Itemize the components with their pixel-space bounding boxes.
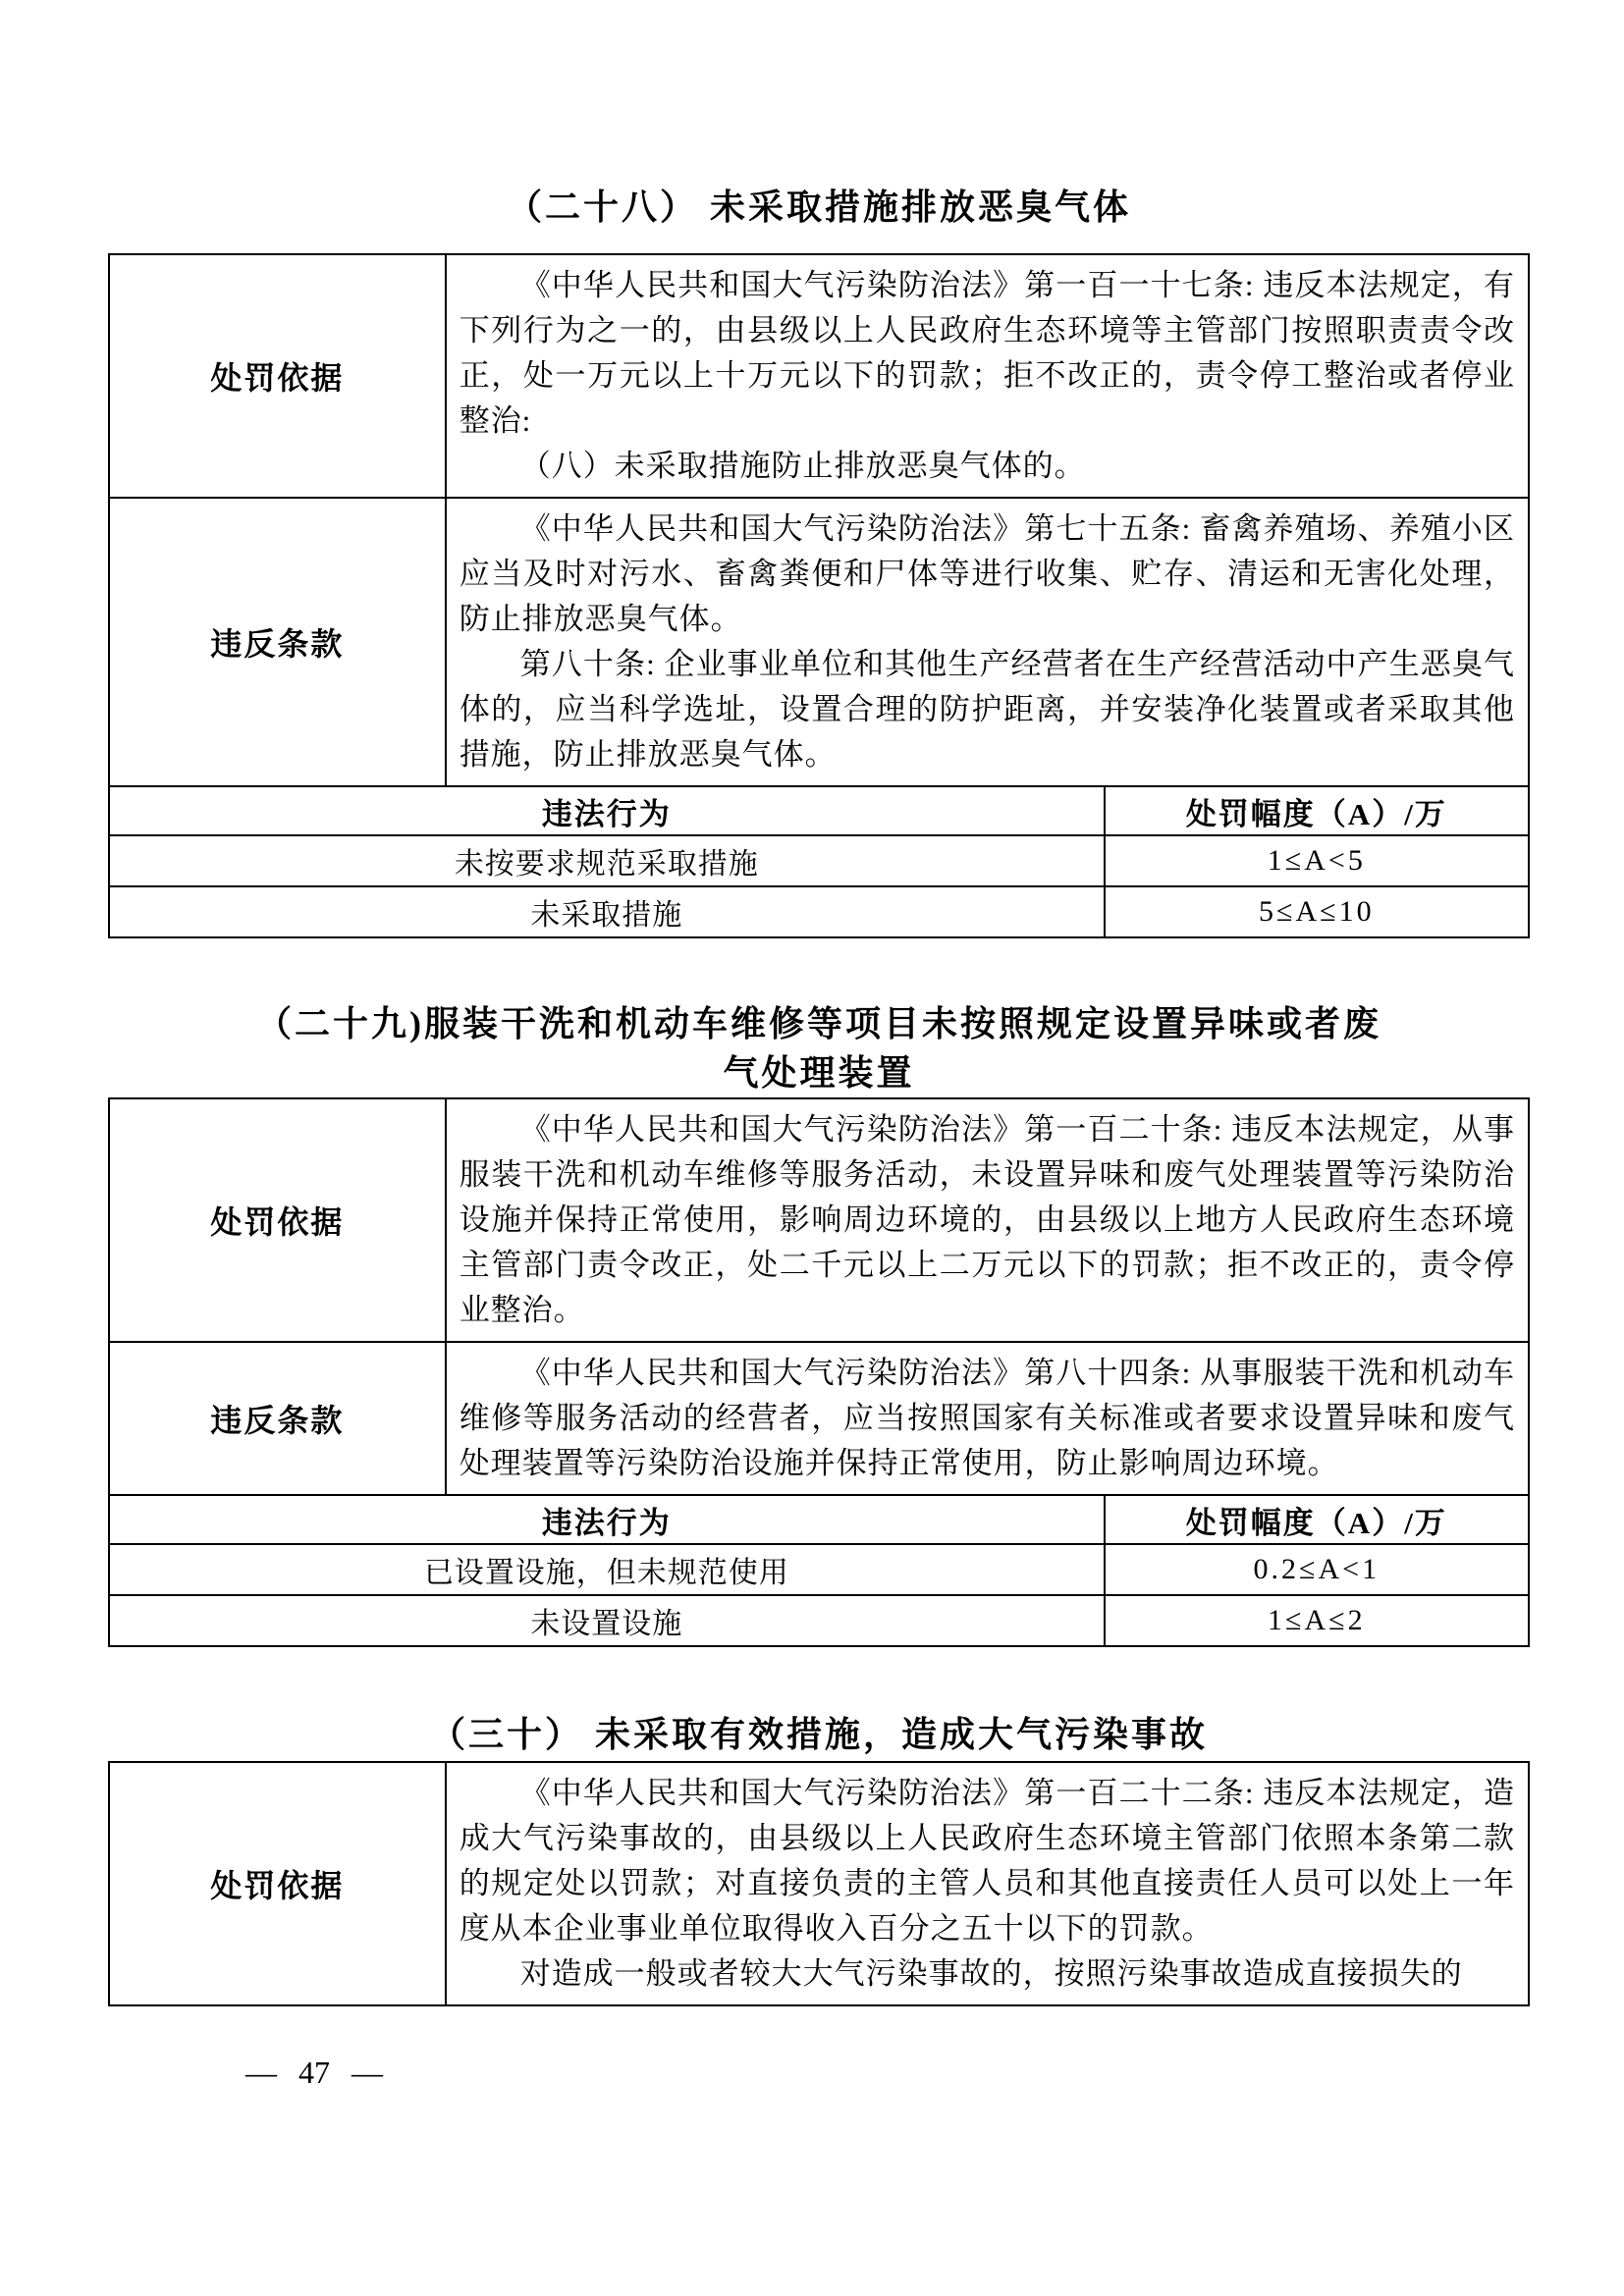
penalty-range-header: 处罚幅度（A）/万 [1105, 1495, 1529, 1544]
illegal-act-cell: 已设置设施，但未规范使用 [109, 1544, 1105, 1595]
section-29-table: 处罚依据 《中华人民共和国大气污染防治法》第一百二十条: 违反本法规定，从事服装… [108, 1097, 1530, 1647]
illegal-act-cell: 未采取措施 [109, 886, 1105, 937]
violated-clause-label: 违反条款 [109, 498, 446, 786]
penalty-range-cell: 5≤A≤10 [1105, 886, 1529, 937]
paragraph: 第八十条: 企业事业单位和其他生产经营者在生产经营活动中产生恶臭气体的，应当科学… [460, 642, 1515, 777]
section-29-title: （二十九)服装干洗和机动车维修等项目未按照规定设置异味或者废 气处理装置 [108, 999, 1530, 1097]
section-28-title: （二十八） 未采取措施排放恶臭气体 [108, 183, 1530, 232]
table-row: 已设置设施，但未规范使用 0.2≤A<1 [109, 1544, 1529, 1595]
sub-table-header: 违法行为 处罚幅度（A）/万 [109, 1495, 1529, 1544]
illegal-act-cell: 未设置设施 [109, 1595, 1105, 1646]
paragraph: 《中华人民共和国大气污染防治法》第七十五条: 畜禽养殖场、养殖小区应当及时对污水… [460, 507, 1515, 642]
table-row: 违反条款 《中华人民共和国大气污染防治法》第七十五条: 畜禽养殖场、养殖小区应当… [109, 498, 1529, 786]
penalty-range-cell: 1≤A≤2 [1105, 1595, 1529, 1646]
section-28-table: 处罚依据 《中华人民共和国大气污染防治法》第一百一十七条: 违反本法规定，有下列… [108, 253, 1530, 938]
table-row: 违反条款 《中华人民共和国大气污染防治法》第八十四条: 从事服装干洗和机动车维修… [109, 1342, 1529, 1495]
table-row: 未采取措施 5≤A≤10 [109, 886, 1529, 937]
section-30-title: （三十） 未采取有效措施，造成大气污染事故 [108, 1710, 1530, 1759]
paragraph: 《中华人民共和国大气污染防治法》第一百一十七条: 违反本法规定，有下列行为之一的… [460, 263, 1515, 444]
paragraph: 《中华人民共和国大气污染防治法》第八十四条: 从事服装干洗和机动车维修等服务活动… [460, 1351, 1515, 1486]
penalty-range-cell: 0.2≤A<1 [1105, 1544, 1529, 1595]
penalty-basis-text: 《中华人民共和国大气污染防治法》第一百二十二条: 违反本法规定，造成大气污染事故… [446, 1762, 1529, 2005]
illegal-act-header: 违法行为 [109, 1495, 1105, 1544]
paragraph: 《中华人民共和国大气污染防治法》第一百二十二条: 违反本法规定，造成大气污染事故… [460, 1771, 1515, 1951]
penalty-basis-text: 《中华人民共和国大气污染防治法》第一百二十条: 违反本法规定，从事服装干洗和机动… [446, 1098, 1529, 1342]
penalty-basis-label: 处罚依据 [109, 254, 446, 498]
page-content: （二十八） 未采取措施排放恶臭气体 处罚依据 《中华人民共和国大气污染防治法》第… [108, 0, 1530, 2097]
penalty-basis-label: 处罚依据 [109, 1098, 446, 1342]
footer-left-dash: — [245, 2048, 277, 2097]
violated-clause-text: 《中华人民共和国大气污染防治法》第七十五条: 畜禽养殖场、养殖小区应当及时对污水… [446, 498, 1529, 786]
table-row: 未按要求规范采取措施 1≤A<5 [109, 835, 1529, 886]
table-row: 处罚依据 《中华人民共和国大气污染防治法》第一百二十二条: 违反本法规定，造成大… [109, 1762, 1529, 2005]
section-30-table: 处罚依据 《中华人民共和国大气污染防治法》第一百二十二条: 违反本法规定，造成大… [108, 1761, 1530, 2006]
illegal-act-cell: 未按要求规范采取措施 [109, 835, 1105, 886]
page-footer: — 47 — [245, 2048, 383, 2097]
footer-right-dash: — [352, 2048, 383, 2097]
table-row: 处罚依据 《中华人民共和国大气污染防治法》第一百一十七条: 违反本法规定，有下列… [109, 254, 1529, 498]
penalty-range-header: 处罚幅度（A）/万 [1105, 786, 1529, 835]
penalty-range-cell: 1≤A<5 [1105, 835, 1529, 886]
paragraph: （八）未采取措施防止排放恶臭气体的。 [460, 444, 1515, 489]
penalty-basis-label: 处罚依据 [109, 1762, 446, 2005]
paragraph: 对造成一般或者较大大气污染事故的，按照污染事故造成直接损失的 [460, 1951, 1515, 1997]
document-page: （二十八） 未采取措施排放恶臭气体 处罚依据 《中华人民共和国大气污染防治法》第… [0, 0, 1624, 2296]
table-row: 未设置设施 1≤A≤2 [109, 1595, 1529, 1646]
penalty-basis-text: 《中华人民共和国大气污染防治法》第一百一十七条: 违反本法规定，有下列行为之一的… [446, 254, 1529, 498]
violated-clause-label: 违反条款 [109, 1342, 446, 1495]
page-number: 47 [298, 2048, 330, 2097]
table-row: 处罚依据 《中华人民共和国大气污染防治法》第一百二十条: 违反本法规定，从事服装… [109, 1098, 1529, 1342]
sub-table-header: 违法行为 处罚幅度（A）/万 [109, 786, 1529, 835]
paragraph: 《中华人民共和国大气污染防治法》第一百二十条: 违反本法规定，从事服装干洗和机动… [460, 1107, 1515, 1333]
illegal-act-header: 违法行为 [109, 786, 1105, 835]
violated-clause-text: 《中华人民共和国大气污染防治法》第八十四条: 从事服装干洗和机动车维修等服务活动… [446, 1342, 1529, 1495]
